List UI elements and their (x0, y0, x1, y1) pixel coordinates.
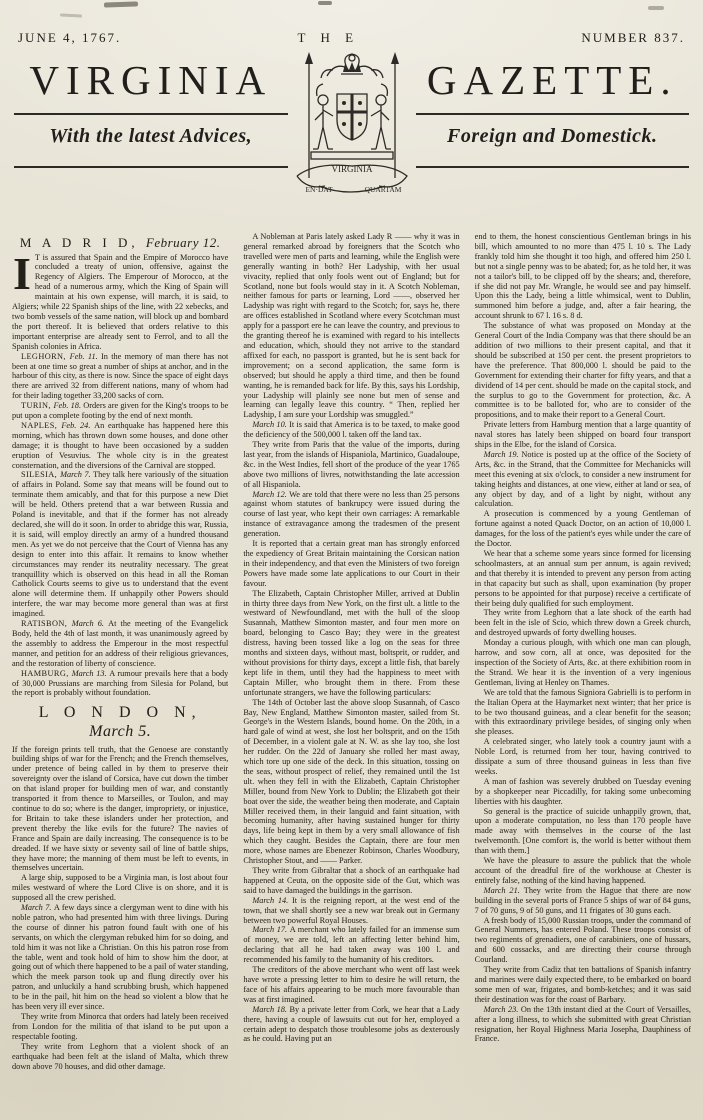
paragraph: If the foreign prints tell truth, that t… (12, 745, 228, 874)
section-heading: L O N D O N, March 5. (12, 703, 228, 741)
masthead-right-zone: GAZETTE. Foreign and Domestick. (416, 56, 690, 168)
dateline-city: SILESIA, (21, 470, 60, 479)
paragraph: The creditors of the above merchant who … (243, 965, 459, 1005)
crest-scroll-quartam: QUARTAM (364, 185, 401, 194)
dateline-city: LEGHORN, (21, 352, 70, 361)
paragraph: LEGHORN, Feb. 11. In the memory of man t… (12, 352, 228, 402)
paragraph: SILESIA, March 7. They talk here various… (12, 470, 228, 619)
article-columns: M A D R I D, February 12.IT is assured t… (0, 224, 703, 1112)
paragraph: The Elizabeth, Captain Christopher Mille… (243, 589, 459, 698)
issue-number: NUMBER 837. (581, 30, 685, 46)
paragraph: NAPLES, Feb. 24. An earthquake has happe… (12, 421, 228, 471)
masthead: JUNE 4, 1767. T H E NUMBER 837. VIRGINIA… (0, 0, 703, 224)
masthead-the: T H E (298, 30, 360, 46)
paragraph: The 14th of October last the above sloop… (243, 698, 459, 866)
paragraph: A large ship, supposed to be a Virginia … (12, 873, 228, 903)
dateline-date: March 7. (21, 903, 54, 912)
newspaper-page: JUNE 4, 1767. T H E NUMBER 837. VIRGINIA… (0, 0, 703, 1120)
paragraph: RATISBON, March 6. At the meeting of the… (12, 619, 228, 669)
paragraph: A Nobleman at Paris lately asked Lady R … (243, 232, 459, 420)
masthead-top-row: JUNE 4, 1767. T H E NUMBER 837. (14, 0, 689, 46)
motto-left: With the latest Advices, (14, 115, 288, 157)
section-heading-city: L O N D O N, (39, 704, 202, 721)
column-3: end to them, the honest conscientious Ge… (475, 232, 691, 1112)
paragraph: March 23. On the 13th instant died at th… (475, 1005, 691, 1045)
paragraph: We hear that a scheme some years since f… (475, 549, 691, 608)
dateline-date: March 19. (484, 450, 522, 459)
paragraph: They write from Gibraltar that a shock o… (243, 866, 459, 896)
issue-date: JUNE 4, 1767. (18, 30, 121, 46)
column-1: M A D R I D, February 12.IT is assured t… (12, 232, 228, 1112)
dateline-date: Feb. 18. (53, 401, 83, 410)
dateline-city: RATISBON, (21, 619, 72, 628)
dateline-date: March 12. (252, 490, 289, 499)
dateline-date: March 18. (252, 1005, 289, 1014)
title-virginia: VIRGINIA (14, 56, 288, 104)
dateline-date: Feb. 24. (61, 421, 94, 430)
paragraph: Private letters from Hamburg mention tha… (475, 420, 691, 450)
paragraph: They write from Leghorn that a late shoc… (475, 608, 691, 638)
dateline-city: NAPLES, (21, 421, 61, 430)
paragraph: March 12. We are told that there were no… (243, 490, 459, 540)
paragraph: A prosecution is commenced by a young Ge… (475, 509, 691, 549)
paragraph: March 7. A few days since a clergyman we… (12, 903, 228, 1012)
dateline-date: March 10. (252, 420, 289, 429)
paragraph: They write from Minorca that orders had … (12, 1012, 228, 1042)
paragraph: March 17. A merchant who lately failed f… (243, 925, 459, 965)
title-gazette: GAZETTE. (416, 56, 690, 104)
paragraph: So general is the practice of suicide un… (475, 807, 691, 857)
dateline-date: March 7. (60, 470, 93, 479)
dateline-date: March 13. (72, 669, 109, 678)
paragraph: A man of fashion was severely drubbed on… (475, 777, 691, 807)
dateline-date: March 17. (252, 925, 289, 934)
section-heading-date: February 12. (146, 235, 221, 250)
column-2: A Nobleman at Paris lately asked Lady R … (243, 232, 459, 1112)
paragraph: It is reported that a certain great man … (243, 539, 459, 589)
dateline-city: HAMBURG, (21, 669, 72, 678)
rule (14, 166, 288, 168)
paragraph: They write from Leghorn that a violent s… (12, 1042, 228, 1072)
paragraph: The substance of what was proposed on Mo… (475, 321, 691, 420)
paragraph: Monday a curious plough, with which one … (475, 638, 691, 688)
drop-cap: I (12, 253, 35, 294)
dateline-date: March 21. (484, 886, 524, 895)
paragraph: We have the pleasure to assure the publi… (475, 856, 691, 886)
paragraph: HAMBURG, March 13. A rumour prevails her… (12, 669, 228, 699)
masthead-left-zone: VIRGINIA With the latest Advices, (14, 56, 288, 168)
crest-scroll-virginia: VIRGINIA (331, 164, 372, 174)
dateline-date: March 23. (484, 1005, 521, 1014)
dateline-date: March 6. (72, 619, 108, 628)
paragraph: A celebrated singer, who lately took a c… (475, 737, 691, 777)
section-heading-date: March 5. (89, 723, 151, 740)
paragraph: They write from Paris that the value of … (243, 440, 459, 490)
paragraph: March 21. They write from the Hague that… (475, 886, 691, 916)
dateline-date: March 14. (252, 896, 292, 905)
paragraph: March 10. It is said that America is to … (243, 420, 459, 440)
crest-scroll-en-dat: EN·DAT (305, 185, 332, 194)
paragraph: We are told that the famous Signiora Gab… (475, 688, 691, 738)
section-heading: M A D R I D, February 12. (12, 235, 228, 251)
virginia-coat-of-arms-icon: VIRGINIA EN·DAT QUARTAM (289, 50, 415, 218)
paragraph: March 14. It is the reigning report, at … (243, 896, 459, 926)
section-heading-city: M A D R I D, (20, 235, 146, 250)
paragraph: March 19. Notice is posted up at the off… (475, 450, 691, 509)
dateline-city: TURIN, (21, 401, 53, 410)
dateline-date: Feb. 11. (70, 352, 101, 361)
paragraph: March 18. By a private letter from Cork,… (243, 1005, 459, 1045)
paragraph: A fresh body of 15,000 Russian troops, u… (475, 916, 691, 966)
paragraph: TURIN, Feb. 18. Orders are given for the… (12, 401, 228, 421)
paragraph: They write from Cadiz that ten battalion… (475, 965, 691, 1005)
rule (416, 166, 690, 168)
paragraph: IT is assured that Spain and the Empire … (12, 253, 228, 352)
paragraph: end to them, the honest conscientious Ge… (475, 232, 691, 321)
motto-right: Foreign and Domestick. (416, 115, 690, 157)
